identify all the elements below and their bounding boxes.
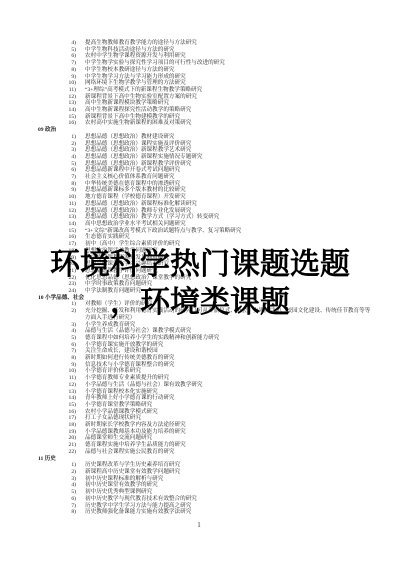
topic-text: 品德与社会课程实施公民教育的研究 [76, 449, 400, 456]
topic-number: 13) [0, 100, 76, 107]
topic-row: 3)思想品德（思想政治）新课程教学艺术研究 [0, 147, 400, 154]
topic-row: 16)农村小学品德课教学模式研究 [0, 409, 400, 416]
topic-text: “3+理综”高考模式下的新课程生物教学策略研究 [76, 87, 400, 94]
topic-number: 14) [0, 395, 76, 402]
topic-row: 8)新时期如何进行传统美德教育的研究 [0, 355, 400, 362]
topic-text: 德育课程实施中培养学生品质能力的研究 [76, 442, 400, 449]
topic-text: 初中历史优秀典型课例研究 [76, 489, 400, 496]
topic-number: 11) [0, 87, 76, 94]
topic-text: 思想品德（思想政治）新课程实施情况专题研究 [76, 154, 400, 161]
topic-text: 高中思想政治学业水平考试相关问题研究 [76, 221, 400, 228]
topic-number: 7) [0, 503, 76, 510]
topic-text: 社会主义核心价值体系教育问题研究 [76, 174, 400, 181]
topic-row: 7)中学生物学实验与探究性学习项目的可行性与改进的研究 [0, 60, 400, 67]
topic-row: 11)小学德育教师专业素质提升的研究 [0, 375, 400, 382]
topic-number: 9) [0, 362, 76, 369]
topic-number: 4) [0, 328, 76, 335]
topic-number: 12) [0, 94, 76, 101]
topic-number: 11) [0, 201, 76, 208]
topic-row: 11)思想品德（思想政治）新课程标准化解读研究 [0, 201, 400, 208]
topic-number: 8) [0, 67, 76, 74]
topic-number: 4) [0, 154, 76, 161]
topic-number: 7) [0, 174, 76, 181]
topic-row: 11)“3+理综”高考模式下的新课程生物教学策略研究 [0, 87, 400, 94]
topic-number: 5) [0, 47, 76, 54]
topic-row: 15)小学德育课堂教学策略研究 [0, 402, 400, 409]
topic-row: 18)新时期家长学校教学内容及方法途径研究 [0, 422, 400, 429]
topic-row: 4)品德与生活（品德与社会）课教学模式研究 [0, 328, 400, 335]
topic-number: 15) [0, 228, 76, 235]
topic-row: 12)小学品德与生活（品德与社会）课有效教学研究 [0, 382, 400, 389]
topic-row: 12)新课程背景下高中生物实验室配置方案的研究 [0, 94, 400, 101]
topic-text: 提高生物教师教育教学能力的途径与方法研究 [76, 40, 400, 47]
overlay-title-line1: 环境科学热门课题选题 [0, 246, 400, 284]
topic-text: 小学品德与生活（品德与社会）课有效教学研究 [76, 382, 400, 389]
topic-row: 15)新课程背景下高中生物建模教学的研究 [0, 114, 400, 121]
topic-row: 15)“3+文综”新课改高考模式下政治试题特点与教学、复习策略研究 [0, 228, 400, 235]
topic-number: 9) [0, 187, 76, 194]
topic-number: 9) [0, 74, 76, 81]
section-header: 11 历史 [0, 456, 400, 463]
topic-number: 13) [0, 389, 76, 396]
topic-row: 10)小学德育评价体系研究 [0, 368, 400, 375]
topic-text: 高中生物新课程探究性活动教学的策略研究 [76, 107, 400, 114]
topic-number: 17) [0, 415, 76, 422]
topic-row: 13)高中生物新课程模块教学策略研究 [0, 100, 400, 107]
topic-row: 3)小学生养成教育研究 [0, 322, 400, 329]
topic-text: 新课程高中历史课堂有效教学问题研究 [76, 469, 400, 476]
topic-text: 历史课程改革与学生历史素养培育研究 [76, 462, 400, 469]
topic-number: 16) [0, 409, 76, 416]
topic-row: 16)生态德育实践研究 [0, 234, 400, 241]
topic-text: 思想品德（思想政治）教材建设研究 [76, 134, 400, 141]
topic-row: 9)思想品德新课标多个版本教材的比较研究 [0, 187, 400, 194]
topic-row: 17)打工子女品德现状研究 [0, 415, 400, 422]
topic-number: 21) [0, 442, 76, 449]
topic-number: 7) [0, 60, 76, 67]
topic-row: 6)思想品德新课程中开卷式考试问题研究 [0, 167, 400, 174]
topic-row: 5)中学生物科技活动途径与方法的研究 [0, 47, 400, 54]
topic-number: 12) [0, 382, 76, 389]
topic-text: 青年教师上好小学德育课的行动研究 [76, 395, 400, 402]
topic-text: 品德与生活（品德与社会）课教学模式研究 [76, 328, 400, 335]
topic-row: 7)历史教学中学生学习方法与能力提高之研究 [0, 503, 400, 510]
topic-number: 14) [0, 221, 76, 228]
topic-row: 14)高中思想政治学业水平考试相关问题研究 [0, 221, 400, 228]
topic-number: 4) [0, 482, 76, 489]
topic-number: 19) [0, 429, 76, 436]
topic-text: 思想品德（思想政治）新课程教学艺术研究 [76, 147, 400, 154]
topic-row: 14)高中生物新课程探究性活动教学的策略研究 [0, 107, 400, 114]
topic-number: 11) [0, 375, 76, 382]
topic-row: 5)思想品德（思想政治）新课程教学评价研究 [0, 161, 400, 168]
topic-number: 20) [0, 435, 76, 442]
topic-number: 4) [0, 40, 76, 47]
topic-number: 14) [0, 107, 76, 114]
topic-row: 22)品德与社会课程实施公民教育的研究 [0, 449, 400, 456]
topic-row: 7)社会主义核心价值体系教育问题研究 [0, 174, 400, 181]
topic-row: 10)地方德育课程（学校德育课程）开发研究 [0, 194, 400, 201]
overlay-title-line2: ，环境类课题 [0, 284, 400, 322]
topic-number: 12) [0, 208, 76, 215]
topic-row: 3)初中历史课程标准的解析与研究 [0, 476, 400, 483]
topic-row: 4)初中历史课堂有效教学的研究 [0, 482, 400, 489]
topic-number: 6) [0, 496, 76, 503]
topic-number: 10) [0, 368, 76, 375]
topic-number: 8) [0, 181, 76, 188]
topic-row: 4)思想品德（思想政治）新课程实施情况专题研究 [0, 154, 400, 161]
topic-row: 1)思想品德（思想政治）教材建设研究 [0, 134, 400, 141]
topic-text: 初中历史教学与现代教育技术有效整合的研究 [76, 496, 400, 503]
topic-text: 德育课程中如何培养小学生的实践精神和创新能力研究 [76, 335, 400, 342]
topic-row: 5)德育课程中如何培养小学生的实践精神和创新能力研究 [0, 335, 400, 342]
topic-row: 9)信息技术与小学德育课程整合的研究 [0, 362, 400, 369]
topic-number: 15) [0, 114, 76, 121]
topic-row: 8)中学生物校本教研途径与方法的研究 [0, 67, 400, 74]
topic-number: 3) [0, 147, 76, 154]
topic-text: 思想品德（思想政治）教学方式（学习方式）转变研究 [76, 214, 400, 221]
topic-text: 历史教师强化备课能力实施有效教学法研究 [76, 509, 400, 516]
topic-number: 6) [0, 167, 76, 174]
topic-number: 18) [0, 422, 76, 429]
topic-number: 10) [0, 80, 76, 87]
topic-row: 2)新课程高中历史课堂有效教学问题研究 [0, 469, 400, 476]
topic-text: 小学德育教师专业素质提升的研究 [76, 375, 400, 382]
topic-row: 9)中学生物学习方法与学习能力形成的研究 [0, 74, 400, 81]
topic-number: 2) [0, 469, 76, 476]
topic-text: 地方德育课程（学校德育课程）开发研究 [76, 194, 400, 201]
topic-row: 21)德育课程实施中培养学生品质能力的研究 [0, 442, 400, 449]
topic-row: 10)网络环境下生物学教学与管理的方法研究 [0, 80, 400, 87]
topic-row: 7)关注生命成长，建设和谐校园 [0, 348, 400, 355]
topic-text: 思想品德（思想政治）新课程标准化解读研究 [76, 201, 400, 208]
topic-number: 15) [0, 402, 76, 409]
topic-number: 3) [0, 322, 76, 329]
topic-number: 5) [0, 489, 76, 496]
topic-row: 14)青年教师上好小学德育课的行动研究 [0, 395, 400, 402]
topic-number: 7) [0, 348, 76, 355]
overlay-title: 环境科学热门课题选题 ，环境类课题 [0, 246, 400, 322]
topic-number: 13) [0, 214, 76, 221]
topic-row: 8)历史教师强化备课能力实施有效教学法研究 [0, 509, 400, 516]
topic-number: 8) [0, 355, 76, 362]
topic-row: 19)小学品德课教师基本功及能力培养的研究 [0, 429, 400, 436]
topic-row: 6)初中历史教学与现代教育技术有效整合的研究 [0, 496, 400, 503]
topic-row: 1)历史课程改革与学生历史素养培育研究 [0, 462, 400, 469]
topic-row: 5)初中历史优秀典型课例研究 [0, 489, 400, 496]
topic-text: 中学生物学实验与探究性学习项目的可行性与改进的研究 [76, 60, 400, 67]
topic-number: 8) [0, 509, 76, 516]
topic-number: 6) [0, 342, 76, 349]
topic-row: 13)小学德育课程校本化实施研究 [0, 389, 400, 396]
section-header: 09 政治 [0, 127, 400, 134]
page-number: 1 [0, 521, 398, 529]
topic-text: 新时期家长学校教学内容及方法途径研究 [76, 422, 400, 429]
topic-text: 小学德育课堂教学策略研究 [76, 402, 400, 409]
topic-number: 10) [0, 194, 76, 201]
topic-row: 16)农村高中实施生物新课程的困难及对策研究 [0, 120, 400, 127]
topic-number: 22) [0, 449, 76, 456]
topic-number: 6) [0, 53, 76, 60]
topic-number: 1) [0, 134, 76, 141]
topic-number: 2) [0, 141, 76, 148]
topic-text: 新时期如何进行传统美德教育的研究 [76, 355, 400, 362]
topic-number: 5) [0, 161, 76, 168]
topic-text: 农村高中实施生物新课程的困难及对策研究 [76, 120, 400, 127]
topic-row: 4)提高生物教师教育教学能力的途径与方法研究 [0, 40, 400, 47]
topic-number: 5) [0, 335, 76, 342]
topic-row: 20)品德课堂师生交流问题研究 [0, 435, 400, 442]
topic-text: 中学生物校本教研途径与方法的研究 [76, 67, 400, 74]
topic-row: 13)思想品德（思想政治）教学方式（学习方式）转变研究 [0, 214, 400, 221]
topic-number: 16) [0, 234, 76, 241]
topic-row: 2)思想品德（思想政治）课程实施及评价研究 [0, 141, 400, 148]
topic-row: 6)小学德育课实施开放教学的研究 [0, 342, 400, 349]
topic-text: 网络环境下生物学教学与管理的方法研究 [76, 80, 400, 87]
topic-number: 3) [0, 476, 76, 483]
topic-number: 1) [0, 462, 76, 469]
topic-row: 8)中华传统美德在德育课程中的渗透研究 [0, 181, 400, 188]
